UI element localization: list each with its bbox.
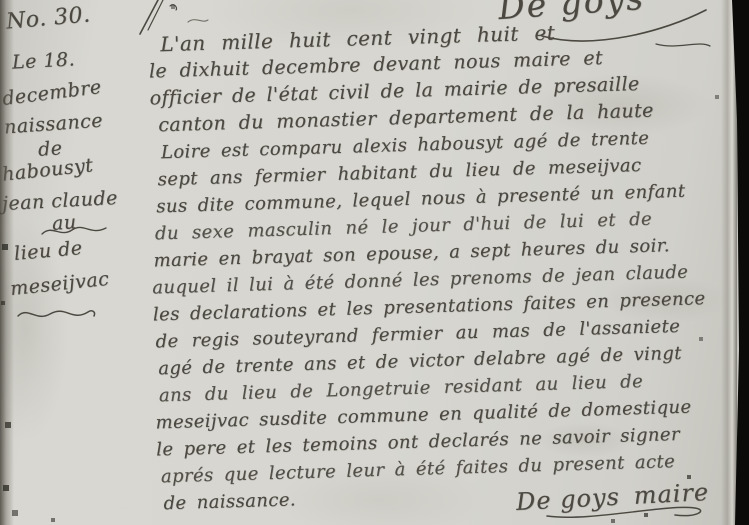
margin-line-month: decembre [1, 76, 103, 110]
margin-flourish-icon [14, 302, 100, 330]
margin-line-surname: habousyt [1, 154, 94, 185]
margin-line-date: Le 18. [11, 48, 75, 73]
dust-specks [0, 0, 2, 2]
margin-line-firstname: jean claude [2, 187, 119, 215]
margin-line-event: naissance [3, 110, 103, 139]
margin-line-lieu: lieu de [13, 237, 83, 265]
act-text: L'an mille huit cent vingt huit et le di… [148, 16, 748, 516]
page-edge-shading [721, 0, 737, 525]
book-binding-edge [0, 0, 14, 525]
signature-underline-flourish-icon [545, 500, 715, 524]
margin-line-place: meseijvac [9, 268, 110, 300]
record-number: No. 30. [5, 2, 91, 34]
registry-page-scan: De goys No. 30. Le 18. decembre naissanc… [0, 0, 749, 525]
